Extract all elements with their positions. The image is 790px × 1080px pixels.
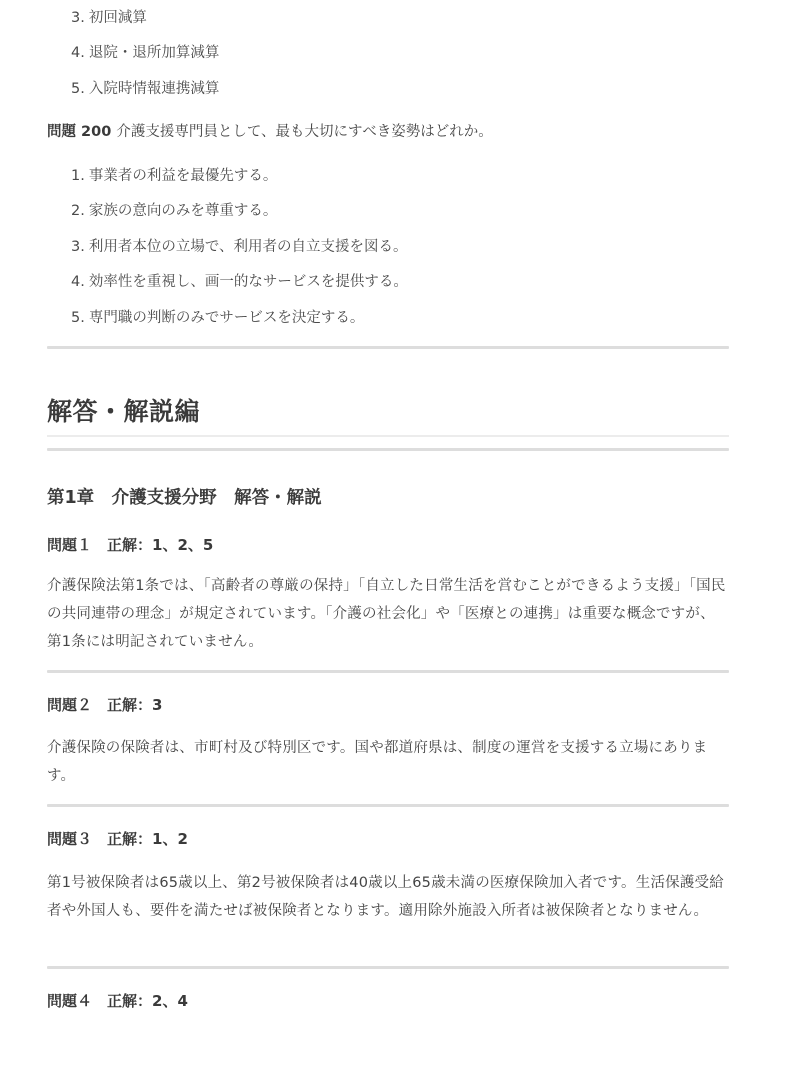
- option-item: 2.家族の意向のみを尊重する。: [71, 194, 729, 230]
- option-item: 3.初回減算: [71, 0, 729, 36]
- divider: [47, 435, 729, 437]
- answer-body-3: 第1号被保険者は65歳以上、第2号被保険者は40歳以上65歳未満の医療保険加入者…: [47, 869, 729, 925]
- answer-body-1: 介護保険法第1条では、「高齢者の尊厳の保持」「自立した日常生活を営むことができる…: [47, 572, 729, 656]
- option-item: 5.入院時情報連携減算: [71, 71, 729, 107]
- chapter-title: 第1章 介護支援分野 解答・解説: [47, 486, 729, 510]
- question-200: 問題 200介護支援専門員として、最も大切にすべき姿勢はどれか。: [47, 122, 729, 142]
- divider: [47, 966, 729, 969]
- answer-body-2: 介護保険の保険者は、市町村及び特別区です。国や都道府県は、制度の運営を支援する立…: [47, 734, 729, 790]
- section-title: 解答・解説編: [47, 396, 729, 428]
- question-label: 問題 200: [47, 124, 111, 140]
- divider: [47, 448, 729, 451]
- option-item: 5.専門職の判断のみでサービスを決定する。: [71, 300, 729, 336]
- answer-heading-1: 問題１ 正解：1、2、5: [47, 535, 729, 555]
- question-200-options: 1.事業者の利益を最優先する。 2.家族の意向のみを尊重する。 3.利用者本位の…: [47, 158, 729, 336]
- prev-question-options: 3.初回減算 4.退院・退所加算減算 5.入院時情報連携減算: [47, 0, 729, 107]
- option-item: 4.効率性を重視し、画一的なサービスを提供する。: [71, 265, 729, 301]
- question-text: 介護支援専門員として、最も大切にすべき姿勢はどれか。: [116, 124, 492, 140]
- answer-heading-4: 問題４ 正解：2、4: [47, 991, 729, 1011]
- divider: [47, 346, 729, 349]
- option-item: 4.退院・退所加算減算: [71, 36, 729, 72]
- option-item: 1.事業者の利益を最優先する。: [71, 158, 729, 194]
- option-item: 3.利用者本位の立場で、利用者の自立支援を図る。: [71, 229, 729, 265]
- answer-heading-3: 問題３ 正解：1、2: [47, 829, 729, 849]
- answer-heading-2: 問題２ 正解：3: [47, 695, 729, 715]
- divider: [47, 804, 729, 807]
- divider: [47, 670, 729, 673]
